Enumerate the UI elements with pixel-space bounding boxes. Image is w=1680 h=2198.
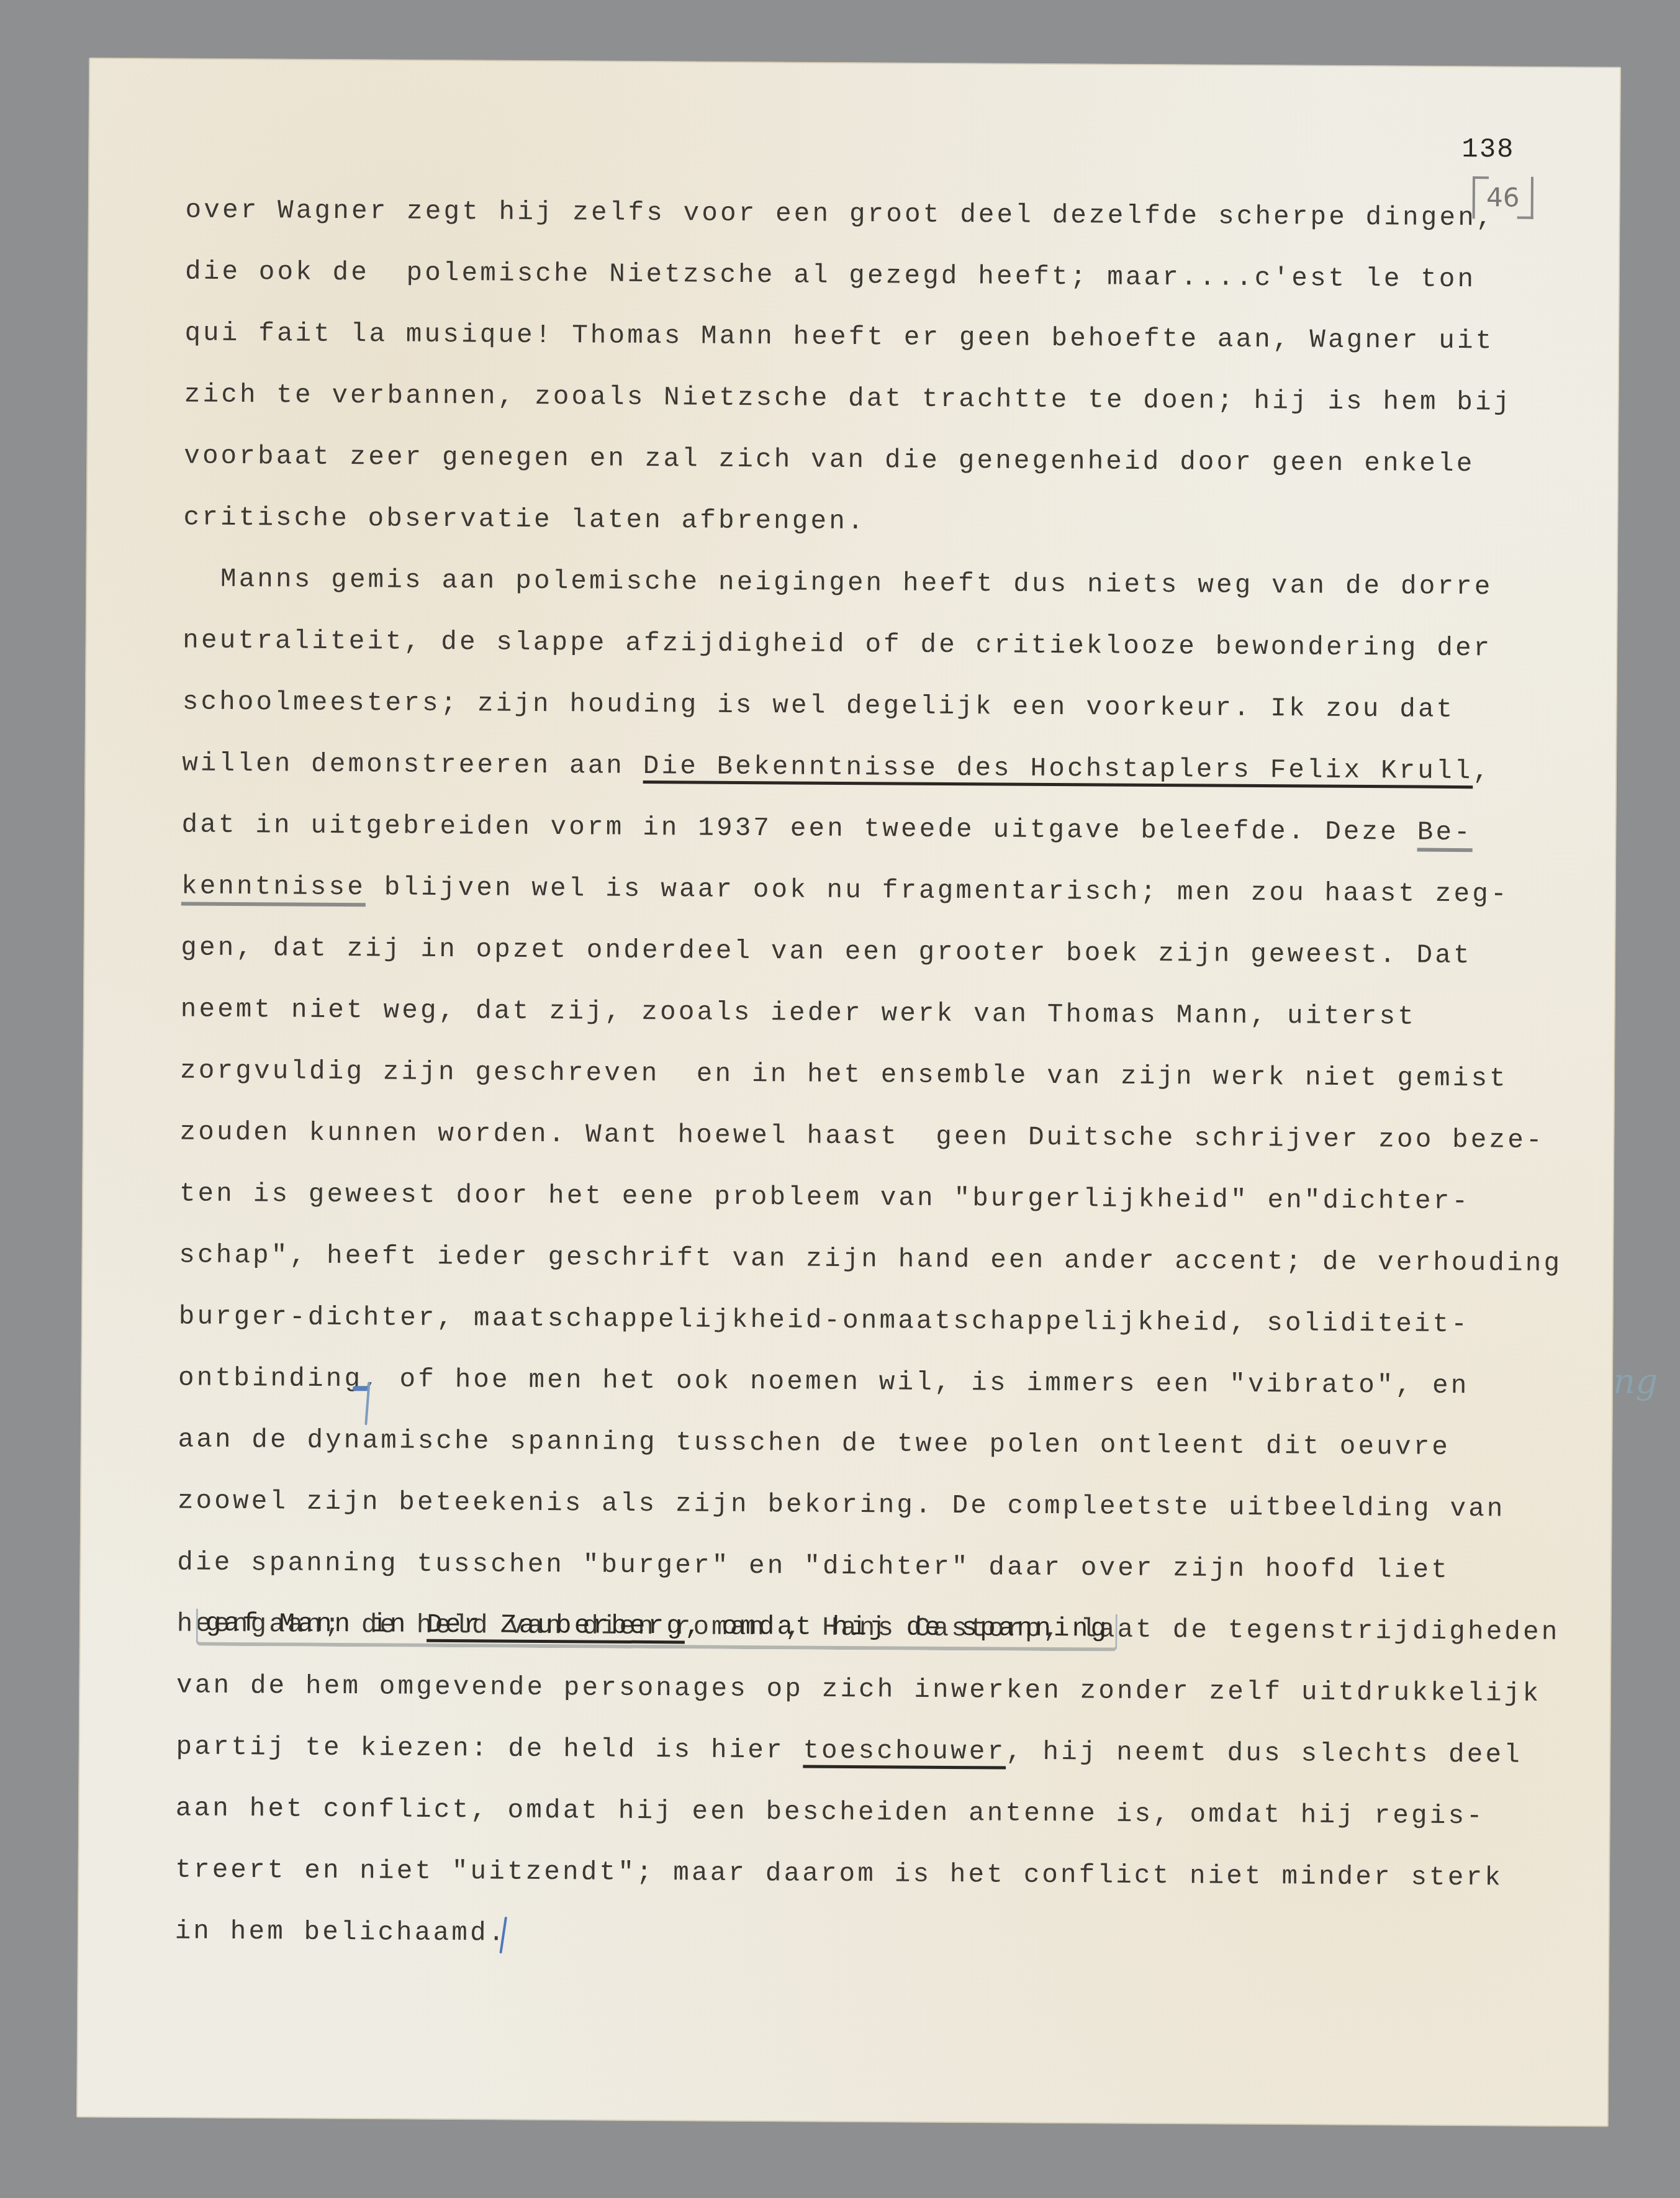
text-line-21: aan de dynamische spanning tusschen de t… <box>178 1421 1606 1491</box>
text: , omdat hij de spanning <box>685 1611 1109 1644</box>
text-line-29: in hem belichaamd. <box>174 1912 1603 1983</box>
book-title-felix-krull: Die Bekenntnisse des Hochstaplers Felix … <box>643 751 1473 786</box>
text-line-27: aan het conflict, omdat hij een bescheid… <box>176 1789 1604 1860</box>
text-line-2: die ook de polemische Nietzsche al gezeg… <box>185 253 1614 323</box>
text-line-16: zouden kunnen worden. Want hoewel haast … <box>179 1113 1608 1183</box>
text-line-14: neemt niet weg, dat zij, zooals ieder we… <box>180 990 1609 1061</box>
underlined-word: Be- <box>1417 818 1473 848</box>
text: , hij neemt dus slechts deel <box>1006 1737 1522 1770</box>
inserted-correction-line: gaf Mann in Der Zauberberg, omdat hij de… <box>196 1609 1118 1652</box>
text-line-7: Manns gemis aan polemische neigingen hee… <box>183 560 1612 630</box>
text-line-9: schoolmeesters; zijn houding is wel dege… <box>182 683 1610 753</box>
text: dat in uitgebreiden vorm in 1937 een twe… <box>181 810 1417 847</box>
text-line-11: dat in uitgebreiden vorm in 1937 een twe… <box>181 806 1610 876</box>
text: willen demonstreeren aan <box>182 748 643 781</box>
text: gaf Mann in <box>205 1609 427 1640</box>
text-line-17: ten is geweest door het eene probleem va… <box>179 1175 1608 1245</box>
text-line-4: zich te verbannen, zooals Nietzsche dat … <box>184 376 1612 446</box>
text-line-15: zorgvuldig zijn geschreven en in het ens… <box>180 1052 1609 1122</box>
text: , <box>1473 756 1491 786</box>
text-line-8: neutraliteit, de slappe afzijdigheid of … <box>183 622 1611 692</box>
text-line-13: gen, dat zij in opzet onderdeel van een … <box>181 929 1609 999</box>
text-line-5: voorbaat zeer genegen en zal zich van di… <box>184 437 1612 507</box>
text: blijven wel is waar ook nu fragmentarisc… <box>366 872 1509 909</box>
text-line-22: zoowel zijn beteekenis als zijn bekoring… <box>178 1482 1606 1552</box>
text-line-12: kenntnisse blijven wel is waar ook nu fr… <box>181 867 1610 938</box>
text-line-20: ontbinding, of hoe men het ook noemen wi… <box>178 1359 1607 1429</box>
text-line-18: schap", heeft ieder geschrift van zijn h… <box>179 1236 1607 1306</box>
text-line-3: qui fait la musique! Thomas Mann heeft e… <box>184 314 1613 384</box>
page-number: 138 <box>1461 134 1515 166</box>
blue-pencil-mark-icon <box>353 1386 369 1391</box>
book-title-zauberberg: Der Zauberberg <box>427 1610 685 1642</box>
text-line-23: die spanning tusschen "burger" en "dicht… <box>177 1544 1605 1614</box>
text: partij te kiezen: de held is hier <box>176 1732 803 1765</box>
text-line-25: van de hem omgevende personages op zich … <box>176 1667 1605 1737</box>
text-line-26: partij te kiezen: de held is hier toesch… <box>176 1728 1604 1798</box>
underlined-word-toeschouwer: toeschouwer <box>803 1736 1006 1767</box>
text-line-1: over Wagner zegt hij zelfs voor een groo… <box>185 191 1614 261</box>
margin-pencil-annotation: ng <box>1613 1362 1658 1402</box>
underlined-word: kenntnisse <box>181 871 366 902</box>
text-line-6: critische observatie laten afbrengen. <box>183 499 1612 569</box>
typescript-page: 138 46 over Wagner zegt hij zelfs voor e… <box>76 57 1621 2127</box>
typescript-body: over Wagner zegt hij zelfs voor een groo… <box>174 191 1613 1983</box>
text-line-10: willen demonstreeren aan Die Bekenntniss… <box>182 744 1610 815</box>
text-line-19: burger-dichter, maatschappelijkheid-onma… <box>178 1298 1607 1368</box>
text-line-28: treert en niet "uitzendt"; maar daarom i… <box>175 1851 1604 1921</box>
